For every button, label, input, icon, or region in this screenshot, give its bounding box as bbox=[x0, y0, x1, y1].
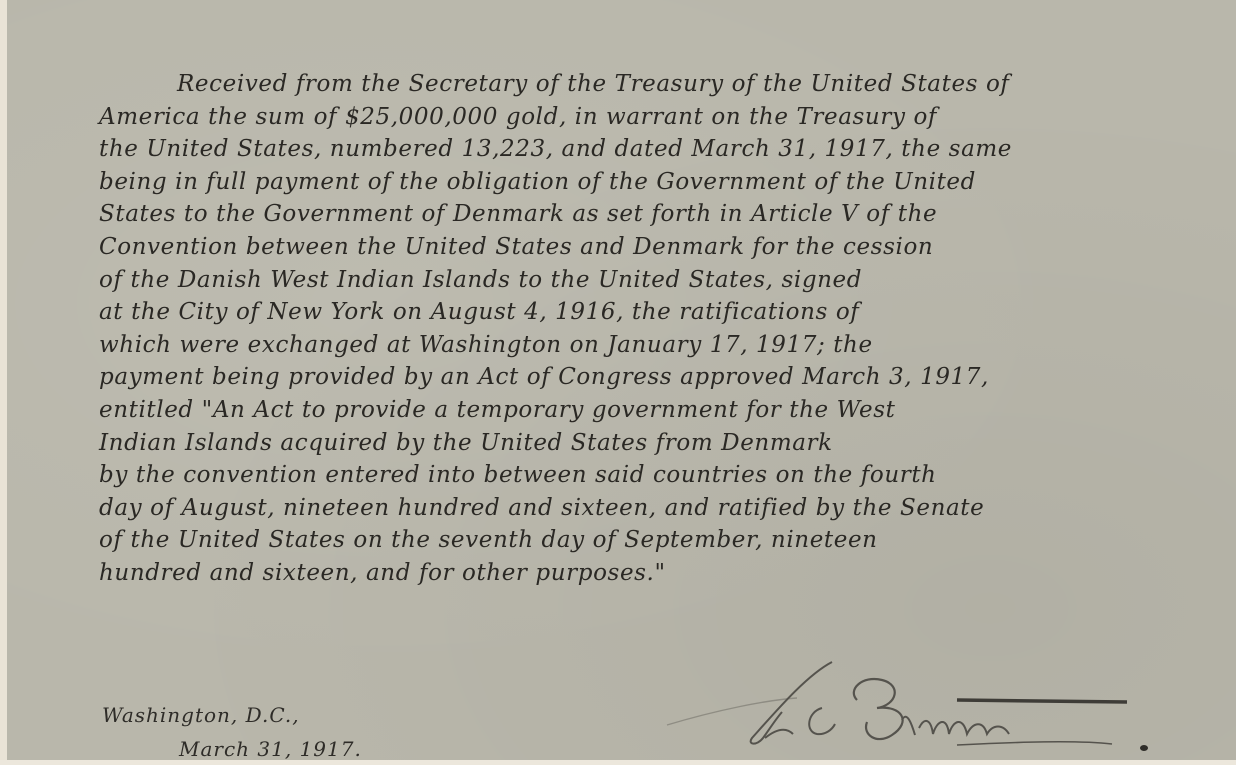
bottom-border bbox=[0, 760, 1236, 765]
receipt-line: which were exchanged at Washington on Ja… bbox=[99, 329, 1164, 362]
receipt-line: States to the Government of Denmark as s… bbox=[99, 198, 1164, 231]
receipt-line: of the Danish West Indian Islands to the… bbox=[99, 264, 1164, 297]
receipt-line: being in full payment of the obligation … bbox=[99, 166, 1164, 199]
receipt-line: Convention between the United States and… bbox=[99, 231, 1164, 264]
receipt-line: America the sum of $25,000,000 gold, in … bbox=[99, 101, 1164, 134]
receipt-line: by the convention entered into between s… bbox=[99, 459, 1164, 492]
signature-icon bbox=[657, 650, 1157, 760]
receipt-line: Received from the Secretary of the Treas… bbox=[99, 68, 1164, 101]
receipt-line: payment being provided by an Act of Cong… bbox=[99, 361, 1164, 394]
receipt-line: the United States, numbered 13,223, and … bbox=[99, 133, 1164, 166]
receipt-line: entitled "An Act to provide a temporary … bbox=[99, 394, 1164, 427]
place-line: Washington, D.C., bbox=[102, 703, 300, 727]
receipt-body: Received from the Secretary of the Treas… bbox=[99, 68, 1164, 590]
date-line: March 31, 1917. bbox=[179, 737, 362, 761]
receipt-line: of the United States on the seventh day … bbox=[99, 524, 1164, 557]
receipt-line: day of August, nineteen hundred and sixt… bbox=[99, 492, 1164, 525]
receipt-line: at the City of New York on August 4, 191… bbox=[99, 296, 1164, 329]
receipt-line: hundred and sixteen, and for other purpo… bbox=[99, 557, 1164, 590]
receipt-line: Indian Islands acquired by the United St… bbox=[99, 427, 1164, 460]
document-paper: Received from the Secretary of the Treas… bbox=[7, 0, 1236, 760]
